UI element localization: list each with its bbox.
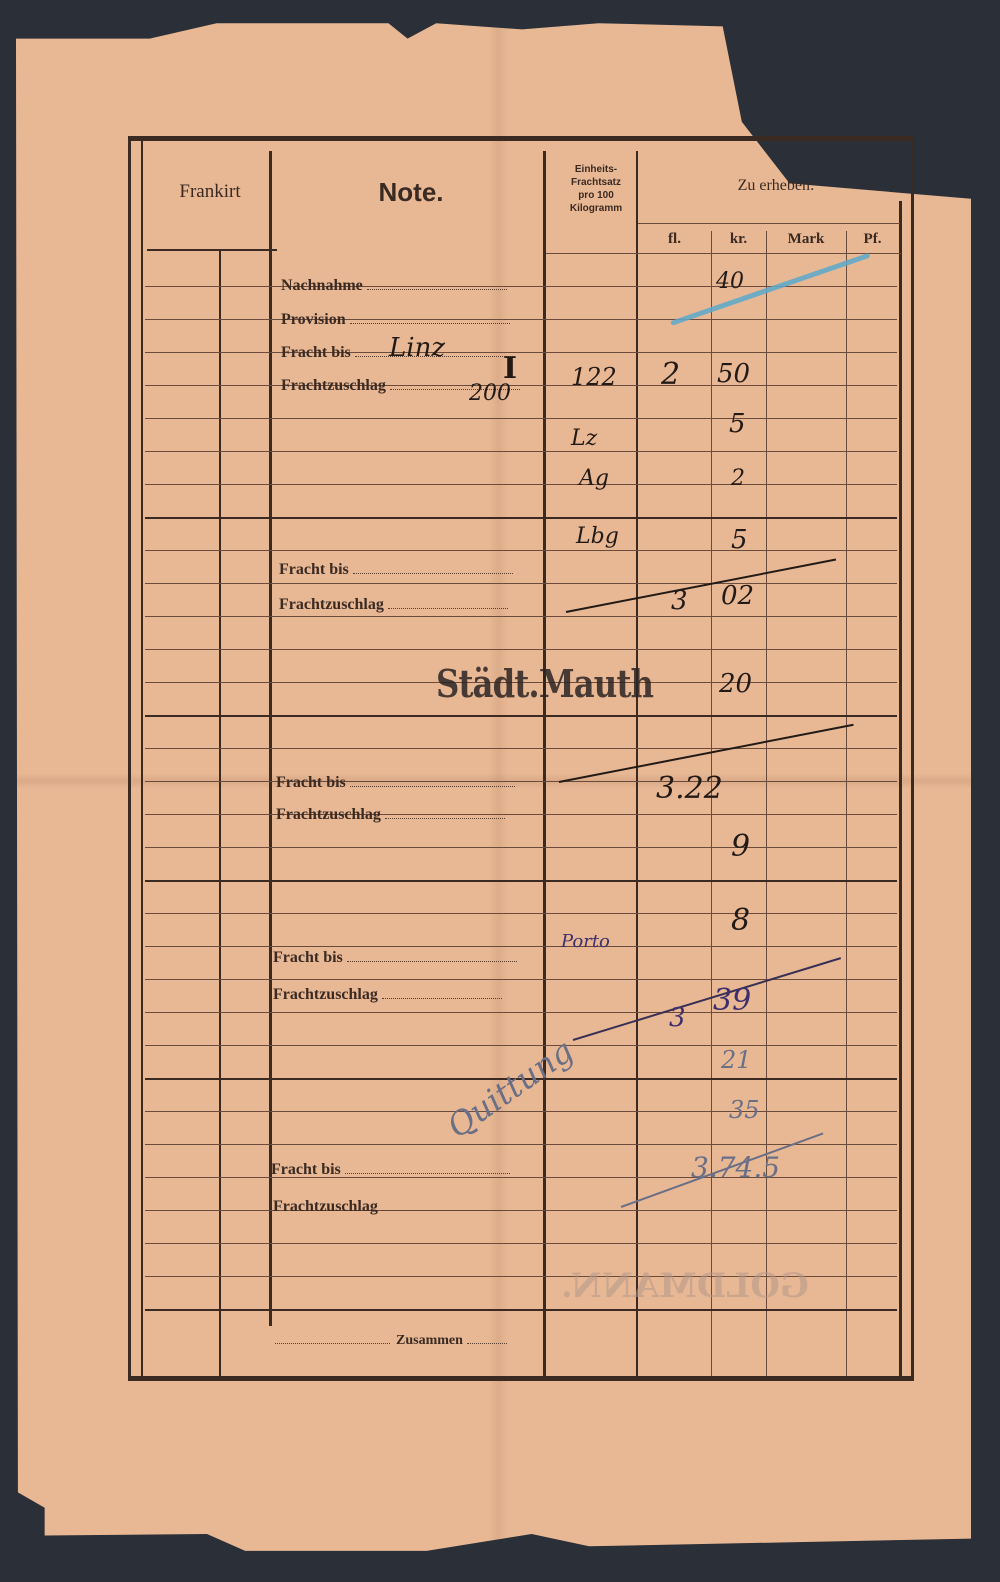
column-divider bbox=[899, 201, 902, 1376]
hw-rate: 122 bbox=[571, 363, 617, 391]
column-divider bbox=[766, 231, 767, 1376]
ruling-line bbox=[145, 979, 897, 980]
city-toll-stamp: Städt.Mauth bbox=[436, 661, 653, 706]
ruling-line bbox=[145, 715, 897, 717]
label-text: Frachtzuschlag bbox=[281, 377, 386, 394]
unit-fl: fl. bbox=[638, 231, 711, 248]
column-divider bbox=[543, 151, 546, 1376]
note-title: Note. bbox=[281, 177, 541, 208]
zu-erheben-header: Zu erheben: bbox=[651, 177, 901, 195]
ruling-line bbox=[145, 352, 897, 353]
label-text: Fracht bis bbox=[273, 949, 343, 966]
label-text: Zusammen bbox=[396, 1333, 463, 1348]
unit-kr: kr. bbox=[711, 231, 766, 248]
ruling-line bbox=[145, 550, 897, 551]
unit-rate-header: Einheits- Frachtsatz pro 100 Kilogramm bbox=[546, 163, 646, 215]
ruling-line bbox=[145, 946, 897, 947]
column-divider bbox=[636, 151, 638, 1376]
label-nachnahme: Nachnahme bbox=[281, 277, 507, 295]
ruling-line bbox=[145, 1243, 897, 1244]
hw-pencil-kr-1: 21 bbox=[721, 1046, 752, 1074]
label-text: Fracht bis bbox=[276, 774, 346, 791]
ruling-line bbox=[145, 484, 897, 485]
hw-line-b-mark: Ag bbox=[579, 466, 609, 491]
ruling-line bbox=[145, 781, 897, 782]
hw-fracht-fl: 2 bbox=[661, 357, 680, 392]
ruling-line bbox=[145, 847, 897, 848]
column-divider bbox=[141, 141, 143, 1376]
header-divider bbox=[147, 249, 277, 251]
hw-extra-2-kr: 8 bbox=[731, 903, 750, 938]
ruling-line bbox=[145, 385, 897, 386]
ghost-stamp-mirror: GOLDMANN. bbox=[561, 1266, 809, 1306]
ruling-line bbox=[145, 418, 897, 419]
ruling-line bbox=[145, 319, 897, 320]
hw-weight: 200 bbox=[469, 381, 511, 406]
hw-subtotal-1-kr: 02 bbox=[721, 581, 754, 611]
label-text: Frachtzuschlag bbox=[276, 806, 381, 823]
label-frachtzuschlag-4: Frachtzuschlag bbox=[273, 986, 502, 1004]
label-text: Nachnahme bbox=[281, 277, 363, 294]
label-text: Frachtzuschlag bbox=[273, 986, 378, 1003]
ruling-line bbox=[145, 583, 897, 584]
ruling-line bbox=[145, 814, 897, 815]
freight-note-form: Frankirt Note. Einheits- Frachtsatz pro … bbox=[128, 136, 914, 1381]
ruling-line bbox=[145, 451, 897, 452]
unit-pf: Pf. bbox=[846, 231, 899, 248]
hw-line-b-kr: 2 bbox=[731, 466, 745, 491]
ruling-line bbox=[145, 1012, 897, 1013]
ruling-line bbox=[145, 517, 897, 519]
hw-subtotal-2: 3.22 bbox=[656, 771, 723, 806]
hw-extra-note: Porto bbox=[561, 931, 610, 952]
unit-rate-line: Kilogramm bbox=[546, 202, 646, 215]
label-frachtzuschlag-5: Frachtzuschlag bbox=[273, 1198, 502, 1216]
label-fracht-bis-3: Fracht bis bbox=[276, 774, 515, 792]
unit-mark: Mark bbox=[766, 231, 846, 248]
sum-stroke bbox=[566, 559, 836, 613]
label-fracht-bis-2: Fracht bis bbox=[279, 561, 513, 579]
header-divider bbox=[638, 223, 900, 224]
hw-destination: Linz bbox=[389, 333, 445, 363]
hw-pencil-signature: Quittung bbox=[440, 1032, 580, 1146]
ruling-line bbox=[145, 913, 897, 914]
label-fracht-bis-4: Fracht bis bbox=[273, 949, 517, 967]
header-divider bbox=[546, 253, 901, 254]
label-frachtzuschlag-2: Frachtzuschlag bbox=[279, 596, 508, 614]
ruling-line bbox=[145, 880, 897, 882]
hw-mauth-kr: 20 bbox=[719, 669, 752, 699]
hw-subtotal-1-fl: 3 bbox=[671, 586, 688, 616]
column-divider bbox=[269, 151, 272, 1326]
label-text: Fracht bis bbox=[279, 561, 349, 578]
hw-line-a-mark: Lz bbox=[571, 426, 597, 451]
label-zusammen: Zusammen bbox=[271, 1333, 507, 1349]
ruling-line bbox=[145, 1210, 897, 1211]
label-text: Fracht bis bbox=[271, 1161, 341, 1178]
hw-line-c-mark: Lbg bbox=[576, 524, 619, 549]
hw-line-a-kr: 5 bbox=[729, 409, 746, 439]
label-frachtzuschlag-3: Frachtzuschlag bbox=[276, 806, 505, 824]
sum-stroke bbox=[573, 957, 841, 1041]
ruling-line bbox=[145, 748, 897, 749]
unit-rate-line: Frachtsatz bbox=[546, 176, 646, 189]
frankirt-header: Frankirt bbox=[145, 181, 275, 203]
label-text: Fracht bis bbox=[281, 344, 351, 361]
hw-pencil-kr-2: 35 bbox=[729, 1096, 760, 1124]
unit-rate-line: Einheits- bbox=[546, 163, 646, 176]
ruling-line bbox=[145, 649, 897, 650]
hw-subtotal-3-kr: 39 bbox=[713, 983, 751, 1018]
label-text: Frachtzuschlag bbox=[273, 1198, 378, 1215]
unit-rate-line: pro 100 bbox=[546, 189, 646, 202]
ruling-line bbox=[145, 616, 897, 617]
hw-extra-1-kr: 9 bbox=[731, 829, 750, 864]
ruling-line bbox=[145, 1309, 897, 1311]
ruling-line bbox=[145, 1144, 897, 1145]
ruling-line bbox=[145, 1045, 897, 1046]
label-text: Provision bbox=[281, 311, 346, 328]
blue-pencil-strike bbox=[670, 253, 870, 326]
ruling-line bbox=[145, 1111, 897, 1112]
hw-subtotal-3-fl: 3 bbox=[669, 1003, 686, 1033]
hw-pencil-total: 3.74.5 bbox=[691, 1151, 780, 1184]
hw-nachnahme-kr: 40 bbox=[716, 269, 744, 294]
hw-fracht-kr: 50 bbox=[717, 359, 750, 389]
ruling-line bbox=[145, 1177, 897, 1178]
hw-line-c-kr: 5 bbox=[731, 525, 748, 555]
label-provision: Provision bbox=[281, 311, 510, 329]
label-fracht-bis-5: Fracht bis bbox=[271, 1161, 510, 1179]
label-text: Frachtzuschlag bbox=[279, 596, 384, 613]
column-divider bbox=[846, 231, 847, 1376]
